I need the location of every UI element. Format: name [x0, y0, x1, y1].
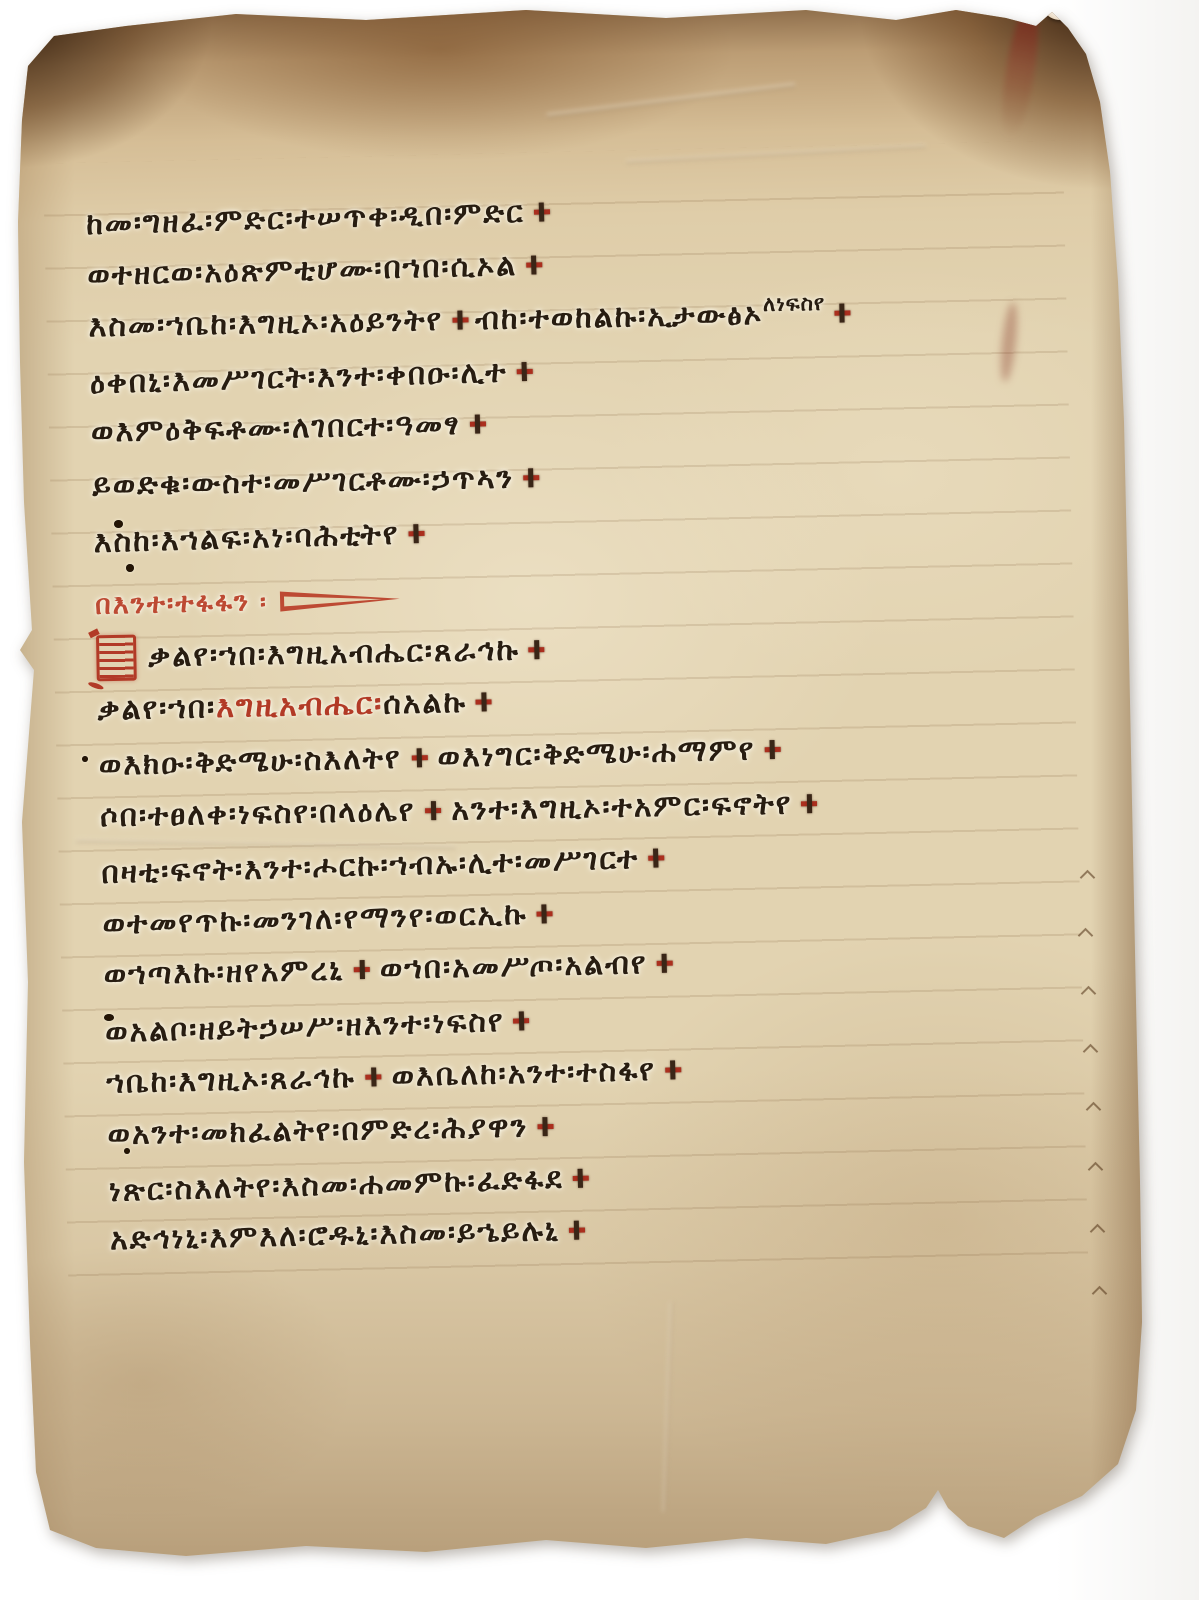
- geez-text-segment: ወአንተ፡መክፈልትየ፡በምድረ፡ሕያዋን: [107, 1109, 528, 1152]
- section-mark-icon: [656, 954, 672, 973]
- section-mark-icon: [523, 468, 539, 487]
- section-mark-icon: [408, 524, 425, 543]
- pricking-mark: [1092, 1286, 1108, 1302]
- pointer-ornament-icon: [279, 587, 400, 614]
- crease: [662, 1302, 673, 1512]
- section-mark-icon: [537, 1117, 553, 1136]
- section-mark-icon: [533, 202, 550, 221]
- geez-text-segment: ቃልየ፡ኀበ፡እግዚአብሔር፡ጸራኅኩ: [148, 633, 520, 675]
- geez-text-segment: ወእክዑ፡ቅድሜሁ፡ስእለትየ: [99, 741, 402, 783]
- geez-text-segment: ሰአልኩ: [383, 685, 467, 722]
- text-block: ከመ፡ግዘፈ፡ምድር፡ተሠጥቀ፡ዲበ፡ምድርወተዘርወ፡አዕጽምቲሆሙ፡በኀበ፡…: [86, 172, 1121, 1268]
- parchment-page: ከመ፡ግዘፈ፡ምድር፡ተሠጥቀ፡ዲበ፡ምድርወተዘርወ፡አዕጽምቲሆሙ፡በኀበ፡…: [6, 2, 1148, 1570]
- geez-text-segment: ነጽር፡ስእለትየ፡እስመ፡ሐመምኩ፡ፈድፋደ: [108, 1161, 563, 1209]
- geez-text-segment: ይወድቁ፡ውስተ፡መሥገርቶሙ፡ኃጥኣን: [92, 461, 514, 504]
- geez-text-segment: ዕቀበኒ፡እመሥገርት፡እንተ፡ቀበዑ፡ሊተ: [89, 355, 508, 402]
- section-mark-icon: [529, 640, 545, 659]
- section-mark-icon: [513, 1011, 530, 1030]
- wormhole: [82, 756, 88, 762]
- geez-text-segment: አንተ፡እግዚኦ፡ተአምር፡ፍኖትየ: [451, 787, 793, 828]
- rubric-initial-ornament-icon: [96, 634, 137, 681]
- geez-text-segment: ወአልቦ፡ዘይትኃሠሥ፡ዘእንተ፡ነፍስየ: [105, 1004, 505, 1050]
- geez-text-segment: ወተመየጥኩ፡መንገለ፡የማንየ፡ወርኢኩ: [102, 897, 528, 942]
- section-mark-icon: [801, 794, 817, 813]
- section-mark-icon: [452, 310, 468, 329]
- geez-text-segment: በእንተ፡ተፋፋን: [95, 586, 251, 622]
- geez-text-segment: ከመ፡ግዘፈ፡ምድር፡ተሠጥቀ፡ዲበ፡ምድር: [86, 195, 525, 242]
- thread-bead: [1046, 2, 1076, 20]
- geez-text-segment: ወእምዕቅፍቶሙ፡ለገበርተ፡ዓመፃ: [91, 407, 461, 450]
- geez-text-segment: ኀቤከ፡እግዚኦ፡ጸራኅኩ: [106, 1060, 356, 1101]
- geez-text-segment: ወእነግር፡ቅድሜሁ፡ሐማምየ: [437, 732, 756, 774]
- section-mark-icon: [470, 414, 486, 433]
- section-mark-icon: [648, 848, 665, 867]
- section-mark-icon: [425, 801, 441, 820]
- section-mark-icon: [411, 748, 427, 767]
- scanner-background: { "manuscript": { "colors": { "ink_black…: [0, 0, 1199, 1600]
- geez-text-segment: ወእቤለከ፡አንተ፡ተስፋየ: [391, 1053, 656, 1094]
- geez-text-segment: እስመ፡ኀቤከ፡እግዚኦ፡አዕይንትየ: [88, 303, 443, 344]
- geez-text-segment: እስከ፡እኀልፍ፡አነ፡ባሕቲትየ: [93, 517, 400, 561]
- section-mark-icon: [834, 303, 850, 322]
- geez-text-segment: ቃልየ፡ኀበ፡: [97, 690, 216, 727]
- red-stain-streak: [996, 7, 1044, 140]
- geez-text-segment: ወተዘርወ፡አዕጽምቲሆሙ፡በኀበ፡ሲኦል: [87, 248, 518, 293]
- crease: [547, 83, 796, 118]
- geez-text-segment: ለነፍስየ: [763, 291, 826, 317]
- section-mark-icon: [665, 1060, 681, 1079]
- geez-text-segment: ሶበ፡ተፀለቀ፡ነፍስየ፡በላዕሌየ: [100, 793, 416, 834]
- section-mark-icon: [516, 362, 533, 381]
- geez-text-segment: ወኀበ፡አመሥጦ፡አልብየ: [380, 946, 648, 987]
- geez-text-segment: አድኅነኒ፡እምእለ፡ሮዱኒ፡እስመ፡ይኄይሉኒ: [110, 1213, 560, 1257]
- section-mark-icon: [365, 1067, 381, 1086]
- section-mark-icon: [764, 740, 780, 759]
- rubric-dots: ፡: [260, 588, 266, 616]
- section-mark-icon: [476, 692, 492, 711]
- section-mark-icon: [354, 960, 370, 979]
- geez-text-segment: ብከ፡ተወከልኩ፡ኢታውፅኦ: [475, 297, 764, 337]
- geez-text-segment: በዛቲ፡ፍኖት፡እንተ፡ሖርኩ፡ኀብኡ፡ሊተ፡መሥገርተ: [101, 841, 640, 891]
- crease: [626, 144, 926, 164]
- manuscript-leaf: ከመ፡ግዘፈ፡ምድር፡ተሠጥቀ፡ዲበ፡ምድርወተዘርወ፡አዕጽምቲሆሙ፡በኀበ፡…: [0, 0, 1199, 1600]
- geez-text-segment: ወኀጣእኩ፡ዘየአምረኒ: [103, 952, 344, 992]
- geez-text-segment: እግዚአብሔር፡: [216, 687, 384, 725]
- section-mark-icon: [569, 1220, 585, 1239]
- section-mark-icon: [536, 904, 552, 923]
- section-mark-icon: [572, 1169, 589, 1188]
- section-mark-icon: [526, 255, 542, 274]
